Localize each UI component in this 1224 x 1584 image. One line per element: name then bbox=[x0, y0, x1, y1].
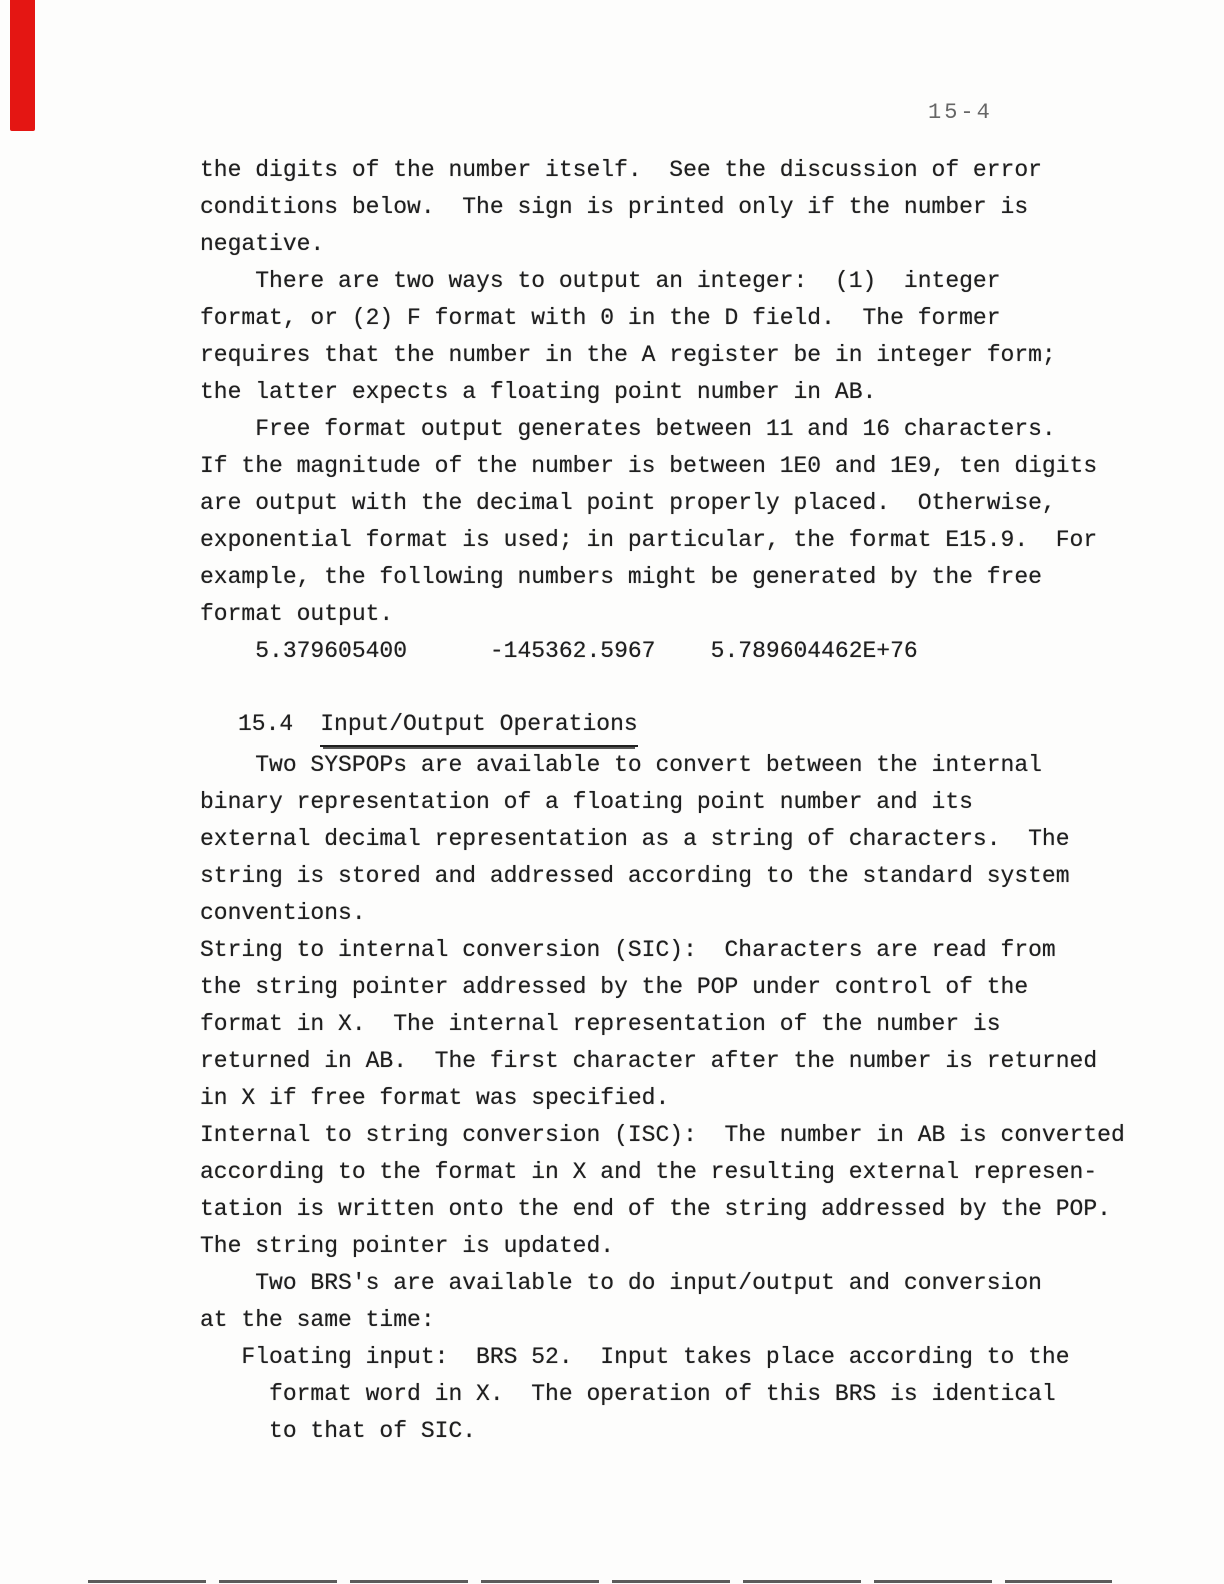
text-line: format word in X. The operation of this … bbox=[200, 1376, 1200, 1413]
text-line: returned in AB. The first character afte… bbox=[200, 1043, 1200, 1080]
text-line: the digits of the number itself. See the… bbox=[200, 152, 1200, 189]
text-line: in X if free format was specified. bbox=[200, 1080, 1200, 1117]
text-line: Floating input: BRS 52. Input takes plac… bbox=[200, 1339, 1200, 1376]
text-line: Internal to string conversion (ISC): The… bbox=[200, 1117, 1200, 1154]
text-line: external decimal representation as a str… bbox=[200, 821, 1200, 858]
text-line: the string pointer addressed by the POP … bbox=[200, 969, 1200, 1006]
section-number: 15.4 bbox=[238, 711, 293, 737]
text-line: Free format output generates between 11 … bbox=[200, 411, 1200, 448]
text-line: conventions. bbox=[200, 895, 1200, 932]
text-line: conditions below. The sign is printed on… bbox=[200, 189, 1200, 226]
text-line: negative. bbox=[200, 226, 1200, 263]
page-number: 15-4 bbox=[928, 100, 993, 125]
text-line: string is stored and addressed according… bbox=[200, 858, 1200, 895]
text-line: requires that the number in the A regist… bbox=[200, 337, 1200, 374]
text-line: Two SYSPOPs are available to convert bet… bbox=[200, 747, 1200, 784]
document-body: the digits of the number itself. See the… bbox=[200, 152, 1200, 1450]
text-line: The string pointer is updated. bbox=[200, 1228, 1200, 1265]
red-margin-mark bbox=[10, 0, 35, 131]
section-heading: 15.4Input/Output Operations bbox=[200, 706, 1200, 747]
text-line: There are two ways to output an integer:… bbox=[200, 263, 1200, 300]
text-line: exponential format is used; in particula… bbox=[200, 522, 1200, 559]
text-line: at the same time: bbox=[200, 1302, 1200, 1339]
section-title: Input/Output Operations bbox=[320, 706, 637, 747]
text-line: tation is written onto the end of the st… bbox=[200, 1191, 1200, 1228]
paragraph-gap bbox=[200, 670, 1200, 706]
text-line: example, the following numbers might be … bbox=[200, 559, 1200, 596]
text-line: 5.379605400 -145362.5967 5.789604462E+76 bbox=[200, 633, 1200, 670]
text-line: binary representation of a floating poin… bbox=[200, 784, 1200, 821]
text-line: the latter expects a floating point numb… bbox=[200, 374, 1200, 411]
text-line: to that of SIC. bbox=[200, 1413, 1200, 1450]
text-line: format output. bbox=[200, 596, 1200, 633]
text-line: Two BRS's are available to do input/outp… bbox=[200, 1265, 1200, 1302]
scan-edge-line bbox=[88, 1580, 1112, 1583]
text-line: format in X. The internal representation… bbox=[200, 1006, 1200, 1043]
text-line: according to the format in X and the res… bbox=[200, 1154, 1200, 1191]
text-line: are output with the decimal point proper… bbox=[200, 485, 1200, 522]
text-line: String to internal conversion (SIC): Cha… bbox=[200, 932, 1200, 969]
text-line: format, or (2) F format with 0 in the D … bbox=[200, 300, 1200, 337]
text-line: If the magnitude of the number is betwee… bbox=[200, 448, 1200, 485]
scanned-document-page: 15-4 the digits of the number itself. Se… bbox=[0, 0, 1224, 1584]
